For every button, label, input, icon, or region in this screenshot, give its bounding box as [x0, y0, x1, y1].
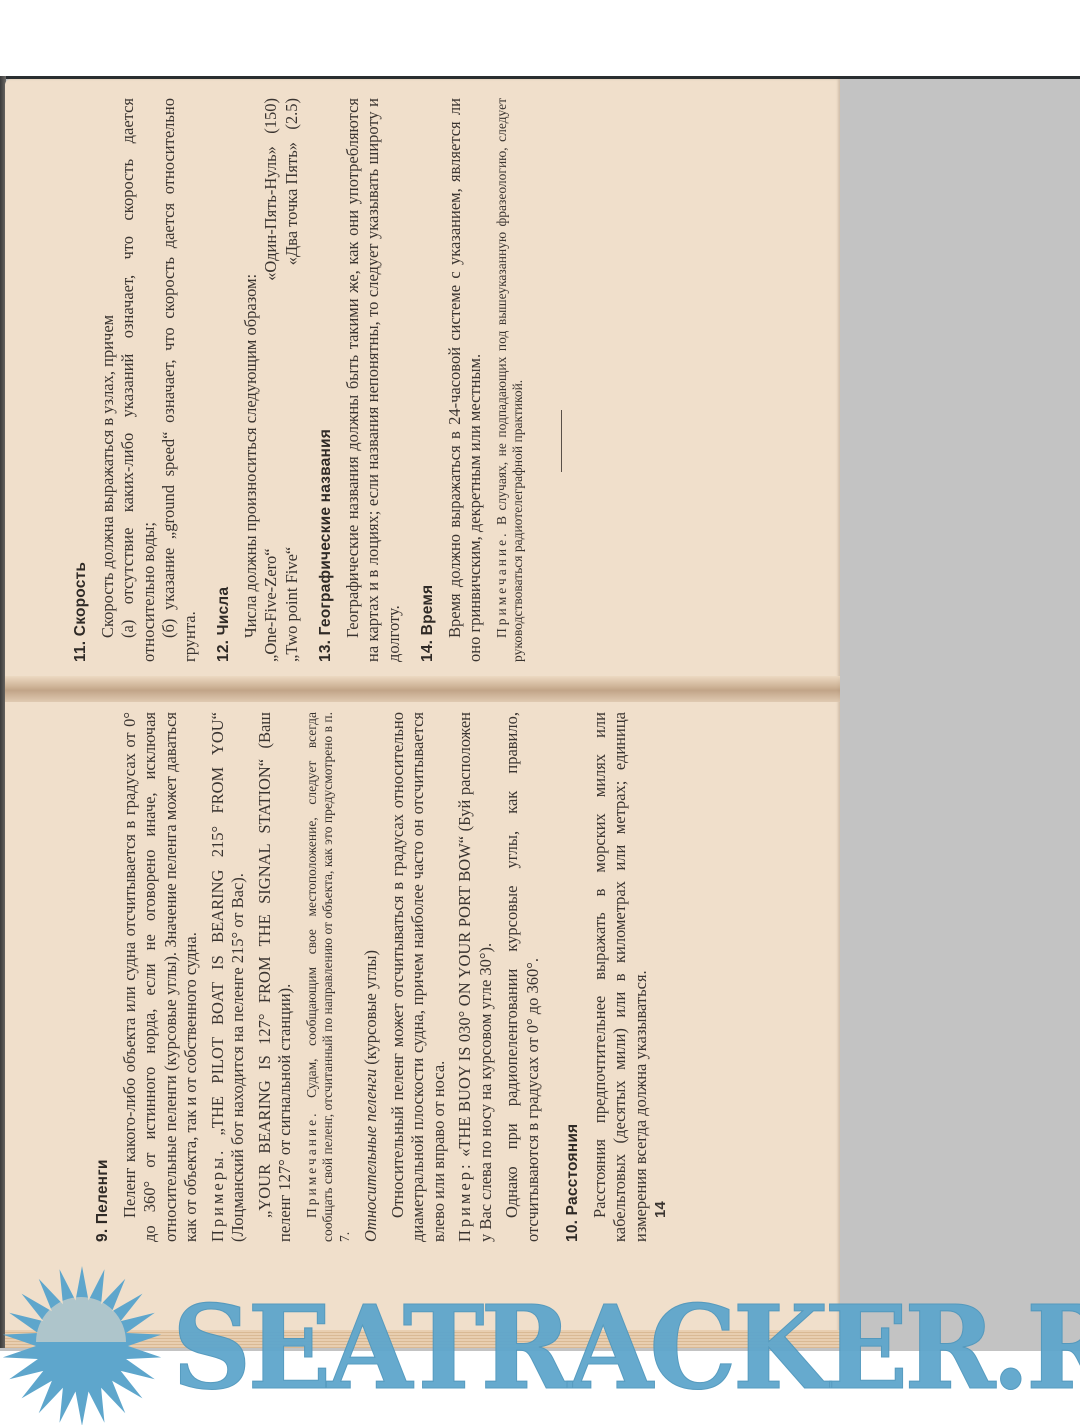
- section-number: 10.: [564, 1220, 581, 1242]
- examples-label: Примеры.: [208, 1148, 227, 1242]
- page-edges: [5, 1330, 840, 1348]
- section-14: 14. Время Время должно выражаться в 24-ч…: [418, 98, 562, 662]
- example: Пример: «THE BUOY IS 030° ON YOUR PORT B…: [455, 712, 496, 1242]
- section-heading: 10. Расстояния: [563, 712, 584, 1242]
- number-example: „Two point Five“ «Два точка Пять» (2.5): [282, 98, 303, 662]
- section-number: 14.: [419, 640, 436, 662]
- paragraph: Однако при радиопеленговании курсовые уг…: [502, 712, 543, 1242]
- paragraph: Время должно выражаться в 24-часовой сис…: [445, 98, 486, 662]
- paragraph: Числа должны произноситься следующим обр…: [241, 98, 262, 662]
- example-label: Пример:: [455, 1161, 474, 1242]
- section-title: Время: [419, 585, 436, 636]
- example-english: „One-Five-Zero“: [261, 548, 282, 662]
- section-number: 12.: [215, 640, 232, 662]
- page-number: 14: [651, 712, 672, 1242]
- example-value: (150): [261, 98, 280, 134]
- example-value: (2.5): [282, 98, 301, 130]
- section-heading: 13. Географические названия: [316, 98, 337, 662]
- section-10: 10. Расстояния Расстояния предпочтительн…: [563, 712, 672, 1242]
- paragraph: (а) отсутствие каких-либо указаний означ…: [118, 98, 159, 662]
- section-heading: 9. Пеленги: [93, 712, 114, 1242]
- example-english: „THE PILOT BOAT IS BEARING 215° FROM YOU…: [208, 712, 227, 1135]
- section-number: 9.: [94, 1229, 111, 1242]
- section-title: Географические названия: [317, 429, 334, 635]
- example-russian: (Лоцманский бот находится на пеленге 215…: [228, 873, 247, 1242]
- example-russian-group: «Один-Пять-Нуль» (150): [261, 98, 282, 281]
- example-russian-group: «Два точка Пять» (2.5): [282, 98, 303, 265]
- section-title: Скорость: [72, 562, 89, 636]
- paragraph: Скорость должна выражаться в узлах, прич…: [98, 98, 119, 662]
- section-title: Числа: [215, 587, 232, 636]
- page-left: 9. Пеленги Пеленг какого-либо объекта ил…: [5, 692, 838, 1330]
- section-title: Расстояния: [564, 1124, 581, 1216]
- example-russian: «Два точка Пять»: [282, 142, 301, 265]
- page-right: 11. Скорость Скорость должна выражаться …: [5, 78, 838, 688]
- subheading: Относительные пеленги (курсовые углы): [361, 712, 382, 1242]
- section-13: 13. Географические названия Географическ…: [316, 98, 404, 662]
- section-number: 11.: [72, 641, 89, 662]
- end-rule: [561, 410, 562, 472]
- example-russian: «Один-Пять-Нуль»: [261, 146, 280, 281]
- note-label: Примечание.: [304, 1110, 319, 1218]
- section-9: 9. Пеленги Пеленг какого-либо объекта ил…: [93, 712, 543, 1242]
- section-heading: 12. Числа: [214, 98, 235, 662]
- note: Примечание. В случаях, не подпадающих по…: [494, 98, 527, 662]
- example-english: «THE BUOY IS 030° ON YOUR PORT BOW“: [455, 836, 474, 1157]
- paragraph: Географические названия должны быть таки…: [343, 98, 405, 662]
- section-12: 12. Числа Числа должны произноситься сле…: [214, 98, 302, 662]
- example: Примеры. „THE PILOT BOAT IS BEARING 215°…: [208, 712, 249, 1242]
- example: „YOUR BEARING IS 127° FROM THE SIGNAL ST…: [255, 712, 296, 1242]
- note: Примечание. Судам, сообщающим свое место…: [304, 712, 354, 1242]
- paragraph: Относительный пеленг может отсчитываться…: [388, 712, 450, 1242]
- example-english: „Two point Five“: [282, 547, 303, 662]
- section-11: 11. Скорость Скорость должна выражаться …: [71, 98, 200, 662]
- section-heading: 14. Время: [418, 98, 439, 662]
- paragraph: Расстояния предпочтительнее выражать в м…: [590, 712, 652, 1242]
- paragraph: (б) указание „ground speed“ означает, чт…: [159, 98, 200, 662]
- section-number: 13.: [317, 640, 334, 662]
- note-label: Примечание.: [494, 530, 509, 638]
- subheading-rest: (курсовые углы): [361, 950, 380, 1065]
- paragraph: Пеленг какого-либо объекта или судна отс…: [120, 712, 202, 1242]
- section-title: Пеленги: [94, 1159, 111, 1224]
- number-example: „One-Five-Zero“ «Один-Пять-Нуль» (150): [261, 98, 282, 662]
- section-heading: 11. Скорость: [71, 98, 92, 662]
- example-english: „YOUR BEARING IS 127° FROM THE SIGNAL ST…: [255, 759, 274, 1218]
- subheading-italic: Относительные пеленги: [361, 1069, 380, 1242]
